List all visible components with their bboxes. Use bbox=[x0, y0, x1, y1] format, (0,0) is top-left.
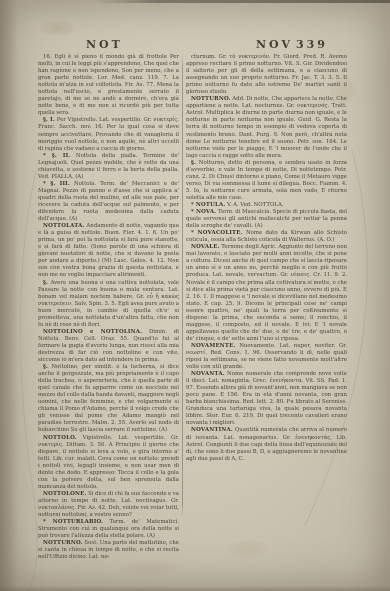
entry-headword: * §. III. bbox=[43, 181, 70, 187]
dictionary-entry: §. Avere una buona o una cattiva nottola… bbox=[38, 280, 179, 329]
dictionary-entry: * NOVA. Term. di Mascalcia. Specie di pi… bbox=[186, 209, 347, 230]
entry-body: V. A. Ved. NOTTOLA. bbox=[227, 202, 284, 208]
dictionary-entry: NOTTOLONE. Si dice di chi fa sue faccend… bbox=[38, 491, 179, 519]
paper-stain bbox=[120, 560, 180, 576]
entry-headword: * NOTTURLABIO. bbox=[43, 519, 103, 525]
header-right-guideword: NOV bbox=[256, 38, 293, 51]
dictionary-entry: NOTTURNO. Sost. Una parte del mattutino,… bbox=[38, 540, 179, 561]
entry-body: Termine degli Agric. Aggiunto del terren… bbox=[186, 244, 347, 342]
dictionary-entry: * §. III. Nottola. Term. de' Meccanici e… bbox=[38, 181, 179, 223]
left-column: 16. Egli è sì pieno il mondo già di frot… bbox=[38, 54, 179, 561]
entry-headword: NOVAMENTE. bbox=[191, 343, 235, 349]
entry-headword: * NOTULA. bbox=[191, 202, 225, 208]
dictionary-entry: * NOVACOLITE. Nome dato da Kirwan allo S… bbox=[186, 230, 347, 244]
page-number: 339 bbox=[296, 38, 328, 51]
dictionary-entry: §. I. Per Vipistrello. Lat. vespertilio.… bbox=[38, 117, 179, 152]
entry-headword: §. bbox=[43, 364, 48, 370]
dictionary-entry: NOTTOLINO e NOTTOLINA. Dimin. di Nottola… bbox=[38, 329, 179, 364]
entry-headword: NOVALE. bbox=[191, 244, 220, 250]
dictionary-entry: NOTTOLO. Vipistrello. Lat. vespertilio. … bbox=[38, 435, 179, 491]
entry-body: Andamento di notte, vagando qua e là a g… bbox=[38, 223, 179, 278]
dictionary-entry: NOVANTA. Nome numerale che comprende nov… bbox=[186, 371, 347, 427]
paper-stain bbox=[40, 20, 74, 36]
dictionary-entry: §. Notturno, detto di persona, e sembra … bbox=[186, 160, 347, 202]
dictionary-entry: NOVANTINA. Quantità numerata che arriva … bbox=[186, 427, 347, 462]
dictionary-entry: cturnum. Gr. τὸ νυκτερινόν. Fr. Giord. P… bbox=[186, 54, 347, 96]
header-left-guideword: NOT bbox=[86, 38, 123, 51]
dictionary-entry: 16. Egli è sì pieno il mondo già di frot… bbox=[38, 54, 179, 117]
crease-arc-left bbox=[20, 170, 37, 591]
dictionary-entry: NOTTOLATA. Andamento di notte, vagando q… bbox=[38, 223, 179, 279]
entry-headword: §. bbox=[191, 160, 196, 166]
book-page-scan: NOT NOV 339 16. Egli è sì pieno il mondo… bbox=[0, 0, 390, 591]
right-column: cturnum. Gr. τὸ νυκτερινόν. Fr. Giord. P… bbox=[186, 54, 347, 561]
entry-headword: §. I. bbox=[43, 117, 55, 123]
dictionary-entry: * NOTTURLABIO. Term. de' Matematici. Str… bbox=[38, 519, 179, 540]
entry-headword: * NOVACOLITE. bbox=[191, 230, 243, 236]
dictionary-entry: NOTTURNO. Add. Di notte, Che apparisce l… bbox=[186, 96, 347, 159]
binding-gutter-shadow bbox=[0, 0, 18, 591]
entry-body: 16. Egli è sì pieno il mondo già di frot… bbox=[38, 54, 179, 116]
entry-body: Nottola. Term. de' Meccanici e de' Magna… bbox=[38, 181, 179, 222]
dictionary-entry: NOVALE. Termine degli Agric. Aggiunto de… bbox=[186, 244, 347, 343]
entry-headword: NOTTOLINO e NOTTOLINA. bbox=[43, 329, 142, 335]
column-divider-rule bbox=[182, 55, 183, 517]
dictionary-entry: NOVAMENTE. Nuovamente. Lat. nuper, novit… bbox=[186, 343, 347, 371]
dictionary-entry: * NOTULA. V. A. Ved. NOTTOLA. bbox=[186, 202, 347, 209]
adjacent-page-edge bbox=[92, 0, 390, 3]
entry-headword: NOTTOLATA. bbox=[43, 223, 85, 229]
entry-body: Add. Di notte, Che apparisce la notte, C… bbox=[186, 96, 347, 158]
entry-headword: NOTTOLO. bbox=[43, 435, 77, 441]
entry-body: Vipistrello. Lat. vespertilio. Gr. νυκτε… bbox=[38, 435, 179, 490]
entry-headword: NOVANTINA. bbox=[191, 427, 233, 433]
entry-headword: * §. II. bbox=[43, 153, 70, 159]
entry-headword: NOTTOLONE. bbox=[43, 491, 87, 497]
entry-body: cturnum. Gr. τὸ νυκτερινόν. Fr. Giord. P… bbox=[186, 54, 347, 95]
dictionary-entry: * §. II. Nottola della pialla. Termine d… bbox=[38, 153, 179, 181]
entry-body: Avere una buona o una cattiva nottolata,… bbox=[38, 280, 179, 328]
entry-body: Notturno, detto di persona, e sembra usa… bbox=[186, 160, 347, 201]
running-header: NOT NOV 339 bbox=[0, 38, 390, 51]
entry-headword: * NOVA. bbox=[191, 209, 216, 215]
entry-body: Per Vipistrello. Lat. vespertilio. Gr. ν… bbox=[38, 117, 179, 151]
dictionary-entry: §. Nottolino, per similit. e la lucherna… bbox=[38, 364, 179, 434]
text-columns: 16. Egli è sì pieno il mondo già di frot… bbox=[38, 54, 347, 561]
entry-headword: §. bbox=[43, 280, 48, 286]
page-bottom-edge bbox=[0, 586, 390, 591]
entry-headword: NOVANTA. bbox=[191, 371, 225, 377]
entry-headword: NOTTURNO. bbox=[191, 96, 231, 102]
entry-body: Nome numerale che comprende nove volte i… bbox=[186, 371, 347, 426]
entry-body: Nottolino, per similit. e la lucherna, s… bbox=[38, 364, 179, 433]
entry-headword: NOTTURNO. bbox=[43, 540, 83, 546]
